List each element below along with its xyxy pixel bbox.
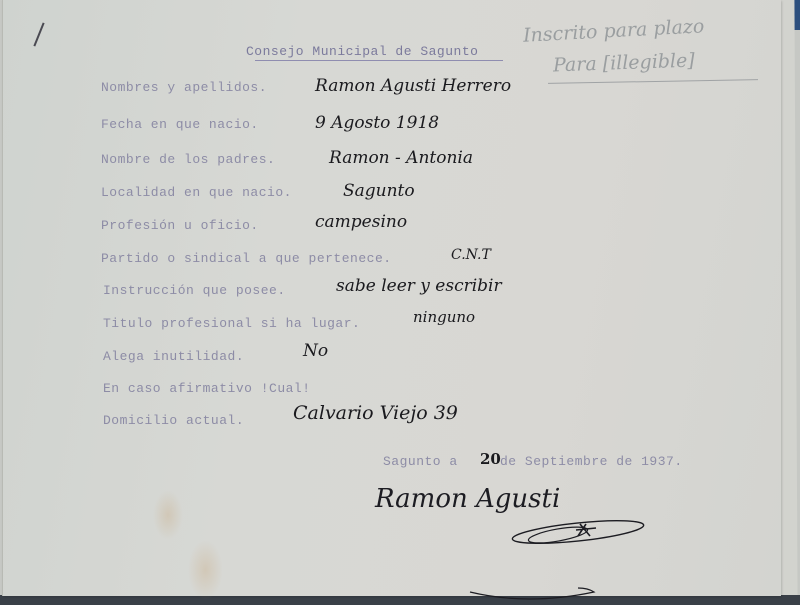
field-value-padres: Ramon - Antonia [329,148,473,168]
field-value-profesion: campesino [315,212,407,232]
field-value-localidad: Sagunto [343,181,415,201]
background-surface-bottom [0,595,800,605]
page-mark [33,23,44,47]
field-label-profesion: Profesión u oficio. [101,218,259,233]
date-day: 20 [480,450,501,468]
field-value-inutilidad: No [303,341,328,361]
field-value-nombres: Ramon Agusti Herrero [315,76,511,96]
field-value-fecha: 9 Agosto 1918 [315,113,439,133]
field-label-titulo: Titulo profesional si ha lugar. [103,316,360,331]
field-value-domicilio: Calvario Viejo 39 [293,402,458,424]
field-label-domicilio: Domicilio actual. [103,413,244,428]
field-value-partido: C.N.T [451,247,491,263]
signature: Ramon Agusti [375,484,560,514]
field-label-instruccion: Instrucción que posee. [103,283,286,298]
page-title: Consejo Municipal de Sagunto [246,44,478,59]
field-label-partido: Partido o sindical a que pertenece. [101,251,392,266]
paper-stain [153,490,183,540]
date-suffix: de Septiembre de 1937. [500,454,683,469]
field-label-fecha: Fecha en que nacio. [101,117,259,132]
title-underline [255,60,503,61]
signature-flourish-icon [508,518,648,546]
pencil-underline [548,79,758,84]
field-label-inutilidad: Alega inutilidad. [103,349,244,364]
date-prefix: Sagunto a [383,454,458,469]
field-value-instruccion: sabe leer y escribir [336,276,502,296]
field-label-nombres: Nombres y apellidos. [101,80,267,95]
pencil-note-line2: Para [illegible] [553,50,695,77]
field-label-padres: Nombre de los padres. [101,152,275,167]
document-page: Consejo Municipal de Sagunto Inscrito pa… [2,0,781,596]
bottom-ink-curl [468,586,598,600]
field-label-localidad: Localidad en que nacio. [101,185,292,200]
paper-stain [188,540,223,600]
field-label-caso-afirmativo: En caso afirmativo !Cual! [103,381,311,396]
field-value-titulo: ninguno [413,308,475,326]
pencil-note-line1: Inscrito para plazo [523,15,705,46]
